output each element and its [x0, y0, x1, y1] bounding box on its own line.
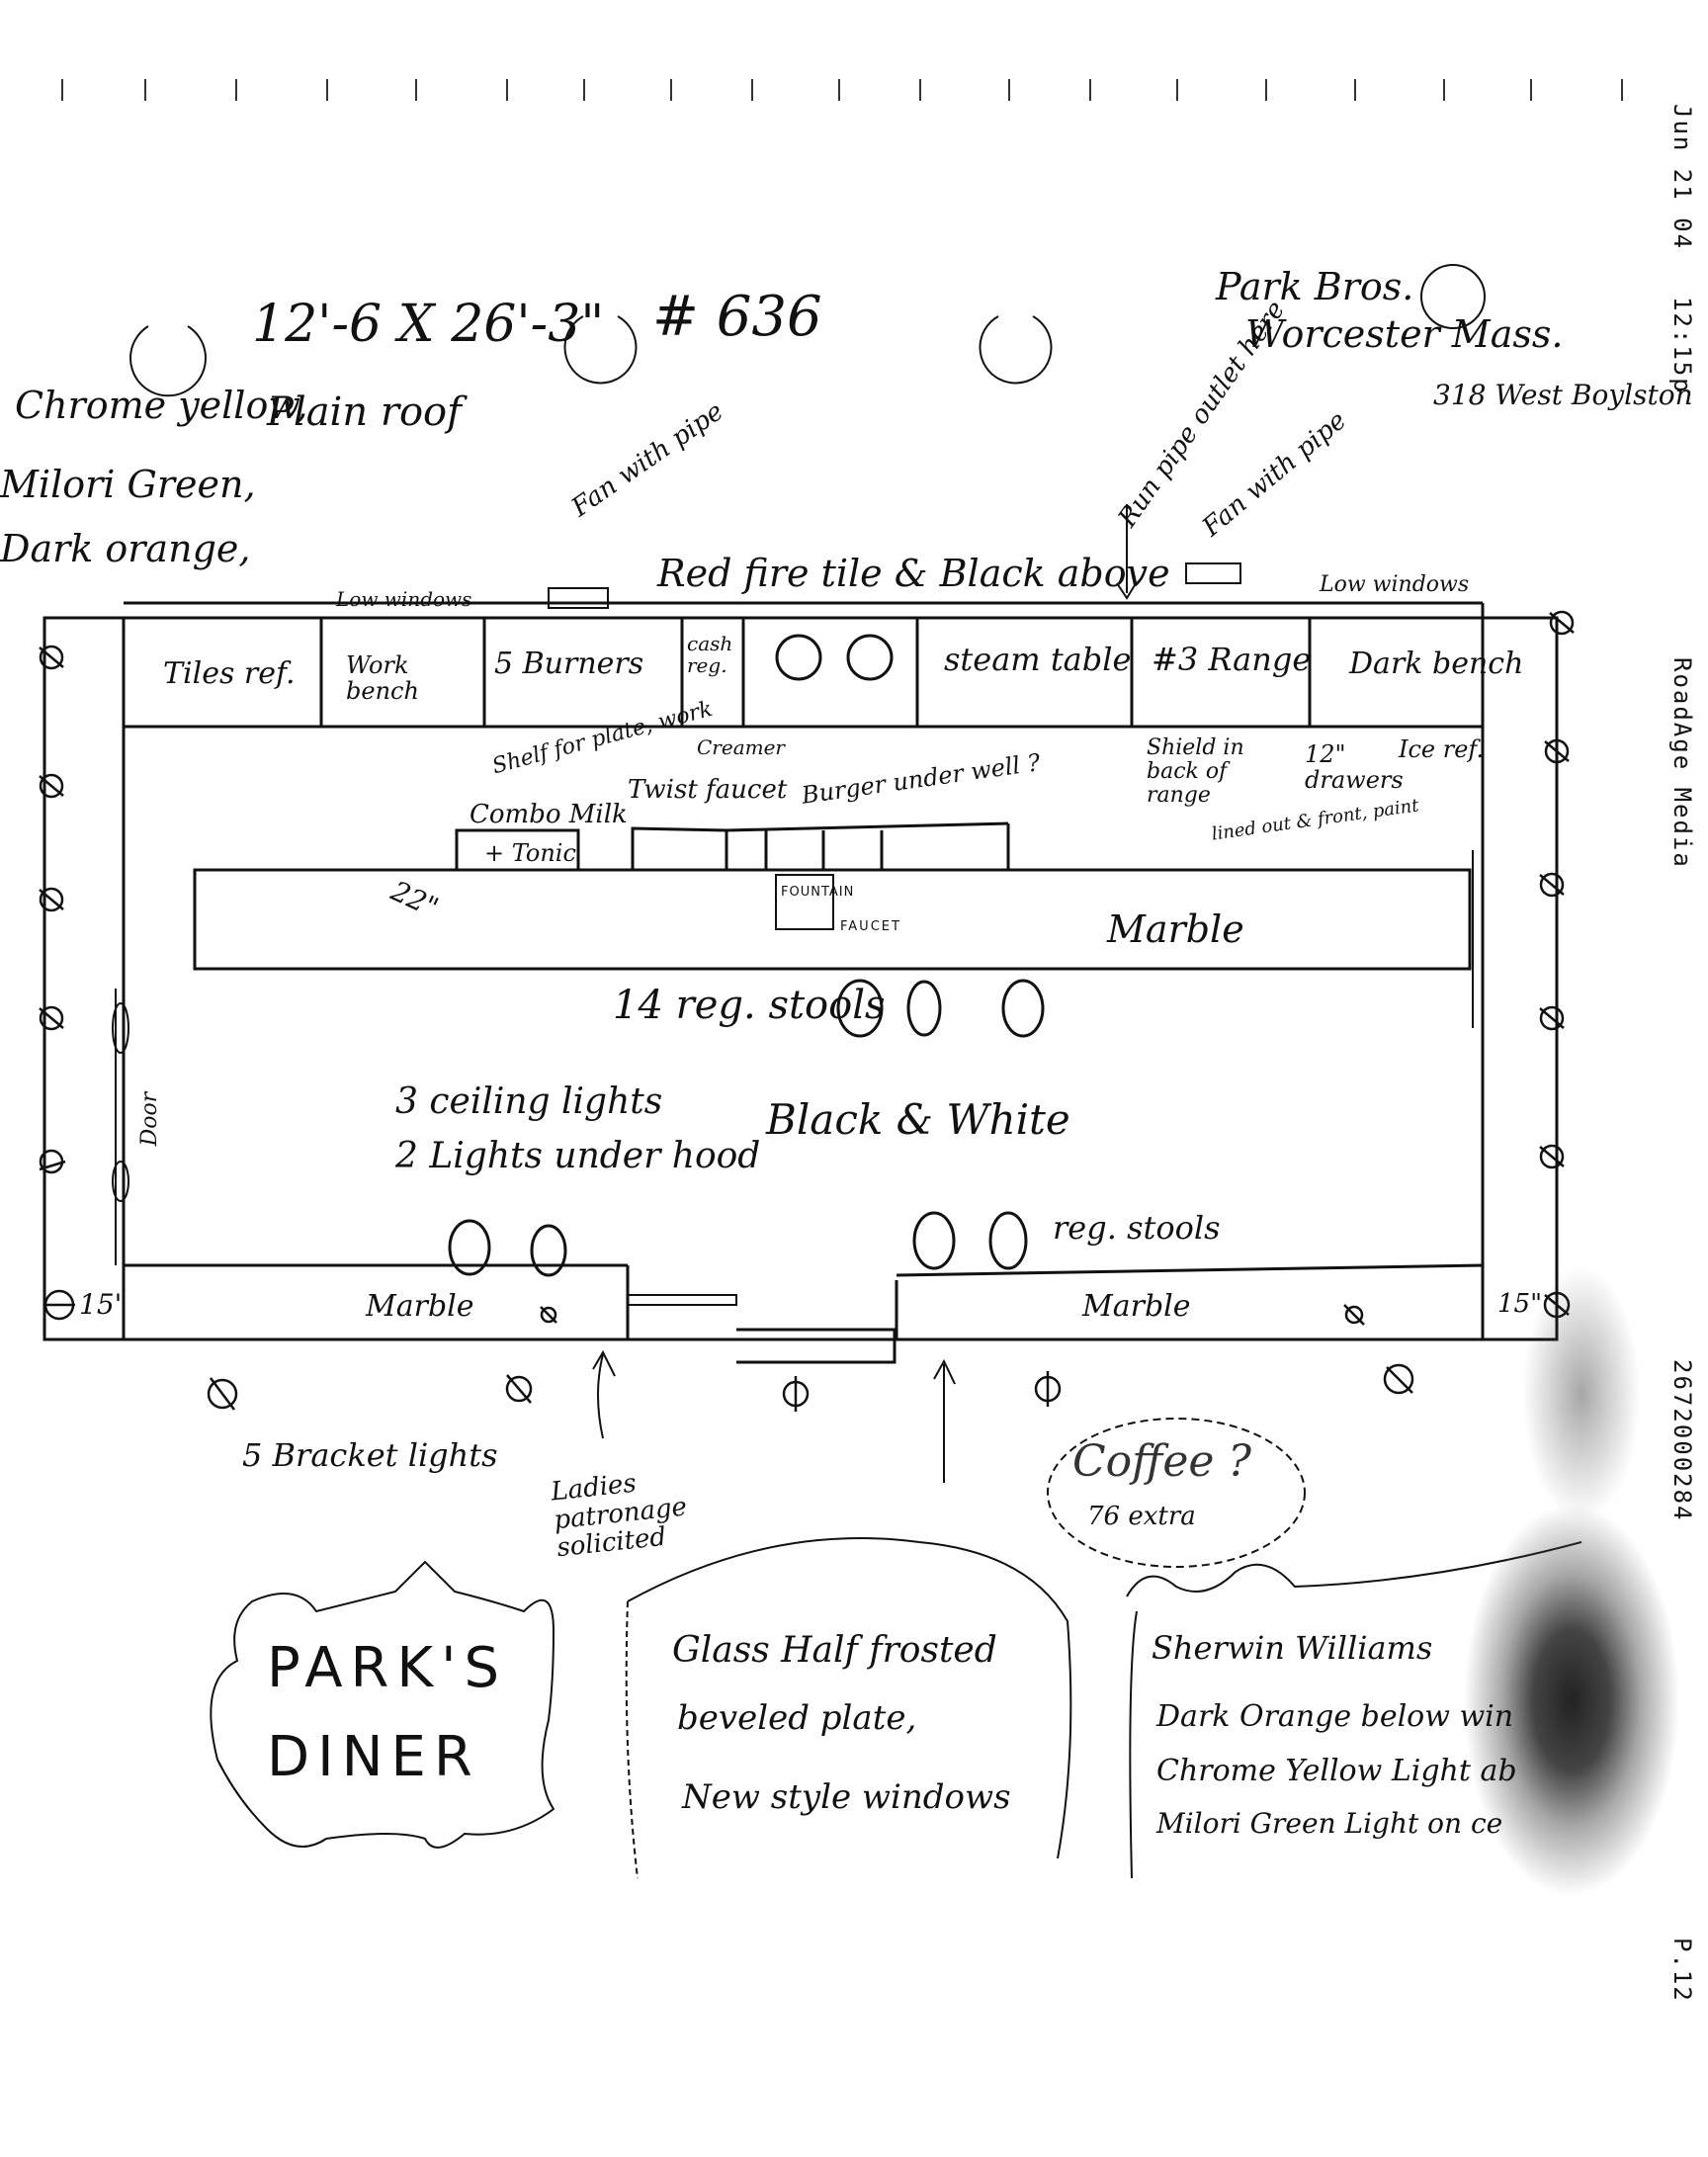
- back-counter-work-bench: Work bench: [346, 652, 455, 705]
- fountain-faucet-label: FAUCET: [840, 919, 901, 934]
- glass-note-2: beveled plate,: [677, 1700, 916, 1737]
- door-label: Door: [138, 1092, 162, 1147]
- creamer-note: Creamer: [697, 736, 785, 758]
- color-note-3: Dark orange,: [0, 529, 250, 570]
- bracket-lights-note: 5 Bracket lights: [242, 1438, 498, 1473]
- sign-line1: PARK'S: [267, 1636, 507, 1700]
- drawers-note: 12" drawers: [1305, 741, 1413, 794]
- back-counter-tiles-ref: Tiles ref.: [163, 657, 296, 690]
- back-counter-cash-reg: cash reg.: [687, 633, 736, 676]
- paint-note-1: Sherwin Williams: [1152, 1631, 1432, 1666]
- reg-stools-note: reg. stools: [1053, 1211, 1221, 1246]
- fax-sender: RoadAge Media: [1668, 657, 1696, 869]
- paint-note-2: Dark Orange below win: [1156, 1700, 1513, 1733]
- ceiling-lights-note: 3 ceiling lights: [395, 1082, 662, 1122]
- color-note-1: Chrome yellow,: [15, 386, 307, 427]
- low-windows-right: Low windows: [1320, 573, 1469, 597]
- color-note-2: Milori Green,: [0, 465, 256, 506]
- low-windows-left: Low windows: [336, 588, 471, 610]
- floor-pattern-note: Black & White: [766, 1097, 1070, 1143]
- back-counter-steam-table: steam table: [944, 643, 1131, 677]
- fax-phone: 2672000284: [1668, 1359, 1696, 1522]
- coffee-note: Coffee ?: [1072, 1438, 1251, 1486]
- front-dim-left: 15": [79, 1290, 128, 1321]
- client-line2: Worcester Mass.: [1245, 314, 1563, 356]
- paint-note-4: Milori Green Light on ce: [1156, 1809, 1502, 1840]
- back-counter-dark-bench: Dark bench: [1349, 647, 1523, 680]
- client-line1: Park Bros.: [1216, 267, 1413, 308]
- shield-note: Shield in back of range: [1147, 736, 1295, 809]
- stools-note: 14 reg. stools: [613, 984, 886, 1027]
- address: 318 West Boylston: [1433, 381, 1693, 411]
- glass-note-1: Glass Half frosted: [672, 1631, 997, 1671]
- front-dim-right: 15": [1497, 1290, 1542, 1319]
- ice-ref-note: Ice ref.: [1399, 736, 1484, 762]
- glass-note-3: New style windows: [682, 1779, 1011, 1816]
- combo-milk-note: Combo Milk: [470, 801, 628, 829]
- tonic-note: + Tonic: [484, 840, 576, 866]
- faucet-note: Twist faucet: [628, 776, 787, 805]
- coffee-sub-note: 76 extra: [1087, 1503, 1196, 1531]
- fountain-label: FOUNTAIN: [781, 885, 854, 900]
- counter-material: Marble: [1107, 909, 1244, 951]
- sign-line2: DINER: [267, 1725, 480, 1789]
- paint-note-3: Chrome Yellow Light ab: [1156, 1755, 1517, 1787]
- fax-page: P.12: [1668, 1938, 1696, 2003]
- hood-lights-note: 2 Lights under hood: [395, 1137, 760, 1176]
- back-counter-range: #3 Range: [1152, 643, 1311, 677]
- job-number: # 636: [652, 287, 822, 348]
- fax-date: Jun 21 04: [1668, 104, 1696, 250]
- front-marble-left: Marble: [366, 1290, 474, 1323]
- front-marble-right: Marble: [1082, 1290, 1191, 1323]
- back-counter-burners: 5 Burners: [494, 647, 643, 680]
- dimensions: 12'-6 X 26'-3": [252, 297, 604, 353]
- fire-tile-note: Red fire tile & Black above: [657, 554, 1170, 595]
